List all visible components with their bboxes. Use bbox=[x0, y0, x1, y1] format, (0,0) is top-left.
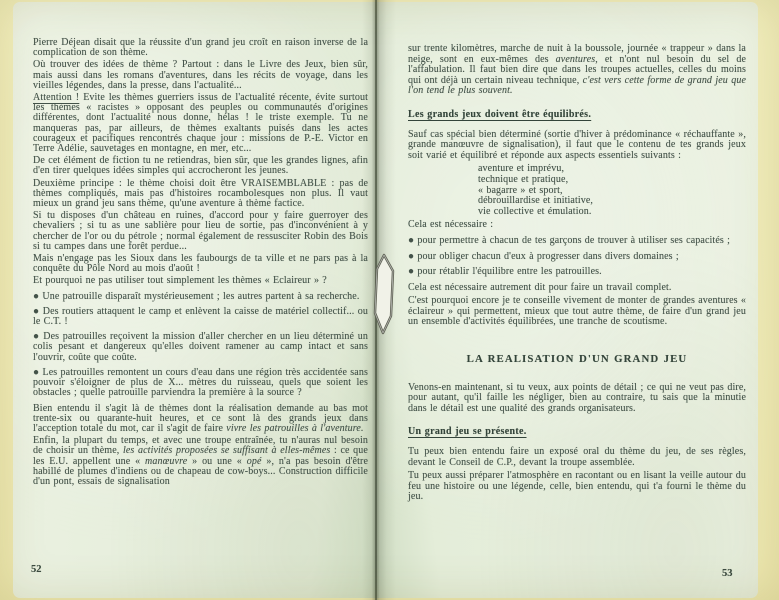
text-run: vivre les patrouilles à l'aventure. bbox=[226, 423, 363, 434]
paragraph: Attention ! Evite les thèmes guerriers i… bbox=[33, 93, 368, 154]
text-run: De cet élément de fiction tu ne retiendr… bbox=[33, 155, 368, 176]
paragraph: Pierre Déjean disait que la réussite d'u… bbox=[33, 38, 368, 58]
page-number-left: 52 bbox=[31, 564, 42, 575]
paragraph: Enfin, la plupart du temps, et avec une … bbox=[33, 436, 368, 487]
paragraph: De cet élément de fiction tu ne retiendr… bbox=[33, 156, 368, 176]
paragraph: Mais n'engage pas les Sioux dans les fau… bbox=[33, 254, 368, 274]
paragraph: Où trouver des idées de thème ? Partout … bbox=[33, 60, 368, 91]
paragraph: Et pourquoi ne pas utiliser tout simplem… bbox=[33, 276, 368, 286]
page-left-text: Pierre Déjean disait que la réussite d'u… bbox=[33, 38, 368, 487]
paragraph: sur trente kilomètres, marche de nuit à … bbox=[408, 44, 746, 97]
text-run: Où trouver des idées de thème ? Partout … bbox=[33, 59, 368, 90]
text-run: Les grands jeux doivent être équilibrés. bbox=[408, 109, 591, 120]
bullet-item: ● Les patrouilles remontent un cours d'e… bbox=[33, 368, 368, 399]
bullet-item: ● Une patrouille disparaît mystérieuseme… bbox=[33, 292, 368, 302]
bullet-item: ● pour obliger chacun d'eux à progresser… bbox=[408, 252, 746, 263]
text-run: ● pour rétablir l'équilibre entre les pa… bbox=[408, 266, 602, 277]
text-run: Tu peux aussi préparer l'atmosphère en r… bbox=[408, 470, 746, 502]
text-run: Cela est nécessaire autrement dit pour f… bbox=[408, 282, 672, 293]
text-run: Evite les thèmes guerriers issus de l'ac… bbox=[33, 92, 368, 154]
text-run: Sauf cas spécial bien déterminé (sortie … bbox=[408, 129, 746, 161]
indent-list: aventure et imprévu,technique et pratiqu… bbox=[408, 164, 746, 217]
paragraph: C'est pourquoi encore je te conseille vi… bbox=[408, 296, 746, 328]
text-run: Mais n'engage pas les Sioux dans les fau… bbox=[33, 253, 368, 274]
text-run: ● pour permettre à chacun de tes garçons… bbox=[408, 235, 730, 246]
section-heading: Un grand jeu se présente. bbox=[408, 427, 746, 438]
list-line: vie collective et émulation. bbox=[478, 207, 746, 218]
page-number-right: 53 bbox=[722, 568, 733, 579]
staple-icon bbox=[370, 252, 398, 336]
bullet-item: ● Des patrouilles reçoivent la mission d… bbox=[33, 332, 368, 363]
section-heading: Les grands jeux doivent être équilibrés. bbox=[408, 110, 746, 121]
text-run: Pierre Déjean disait que la réussite d'u… bbox=[33, 37, 368, 58]
text-run: ● Des routiers attaquent le camp et enlè… bbox=[33, 306, 368, 327]
text-run: Deuxième principe : le thème choisi doit… bbox=[33, 178, 368, 209]
text-run: ● Une patrouille disparaît mystérieuseme… bbox=[33, 291, 359, 302]
text-run: ● Les patrouilles remontent un cours d'e… bbox=[33, 367, 368, 398]
text-run: LA REALISATION D'UN GRAND JEU bbox=[467, 353, 688, 365]
chapter-heading: LA REALISATION D'UN GRAND JEU bbox=[408, 354, 746, 365]
paragraph: Deuxième principe : le thème choisi doit… bbox=[33, 179, 368, 210]
text-run: Un grand jeu se présente. bbox=[408, 426, 527, 437]
text-run: aventures bbox=[556, 54, 596, 65]
paragraph: Tu peux bien entendu faire un exposé ora… bbox=[408, 447, 746, 468]
paragraph: Si tu disposes d'un château en ruines, d… bbox=[33, 211, 368, 252]
paragraph: Venons-en maintenant, si tu veux, aux po… bbox=[408, 383, 746, 415]
list-line: technique et pratique, bbox=[478, 175, 746, 186]
text-run: ● pour obliger chacun d'eux à progresser… bbox=[408, 251, 679, 262]
paragraph: Cela est nécessaire : bbox=[408, 220, 746, 231]
text-run: Venons-en maintenant, si tu veux, aux po… bbox=[408, 382, 746, 414]
book-scan: Pierre Déjean disait que la réussite d'u… bbox=[0, 0, 779, 600]
paragraph: Bien entendu il s'agit là de thèmes dont… bbox=[33, 404, 368, 435]
page-right-text: sur trente kilomètres, marche de nuit à … bbox=[408, 44, 746, 503]
text-run: ● Des patrouilles reçoivent la mission d… bbox=[33, 331, 368, 362]
text-run: Et pourquoi ne pas utiliser tout simplem… bbox=[33, 275, 327, 286]
bullet-item: ● pour rétablir l'équilibre entre les pa… bbox=[408, 267, 746, 278]
paragraph: Sauf cas spécial bien déterminé (sortie … bbox=[408, 130, 746, 162]
text-run: Si tu disposes d'un château en ruines, d… bbox=[33, 210, 368, 252]
bullet-item: ● Des routiers attaquent le camp et enlè… bbox=[33, 307, 368, 327]
bullet-item: ● pour permettre à chacun de tes garçons… bbox=[408, 236, 746, 247]
paragraph: Cela est nécessaire autrement dit pour f… bbox=[408, 283, 746, 294]
text-run: C'est pourquoi encore je te conseille vi… bbox=[408, 295, 746, 327]
paragraph: Tu peux aussi préparer l'atmosphère en r… bbox=[408, 471, 746, 503]
text-run: Cela est nécessaire : bbox=[408, 219, 493, 230]
text-run: Tu peux bien entendu faire un exposé ora… bbox=[408, 446, 746, 468]
